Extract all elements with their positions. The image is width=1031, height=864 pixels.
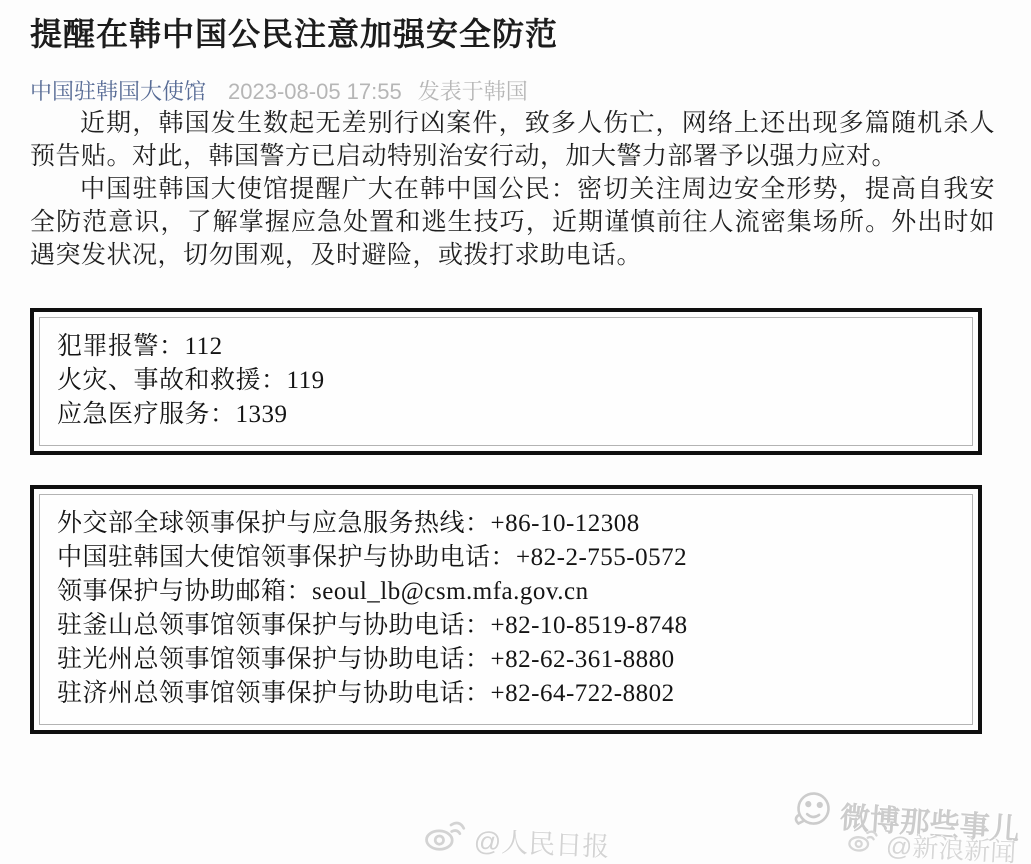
paragraph-advice: 中国驻韩国大使馆提醒广大在韩中国公民：密切关注周边安全形势，提高自我安全防范意识… (30, 173, 995, 272)
consular-number: +82-10-8519-8748 (491, 612, 688, 639)
emergency-line-fire: 火灾、事故和救援：119 (57, 364, 954, 398)
publish-location: 发表于韩国 (418, 79, 528, 104)
emergency-number: 112 (185, 333, 223, 360)
consular-label: 驻釜山总领事馆领事保护与协助电话： (57, 612, 491, 639)
consular-label: 中国驻韩国大使馆领事保护与协助电话： (57, 544, 516, 571)
consular-label: 外交部全球领事保护与应急服务热线： (57, 510, 491, 537)
consular-contacts-box: 外交部全球领事保护与应急服务热线：+86-10-12308 中国驻韩国大使馆领事… (30, 485, 982, 734)
emergency-label: 应急医疗服务： (57, 401, 236, 428)
doge-face-icon (791, 787, 834, 838)
consular-line-embassy-phone: 中国驻韩国大使馆领事保护与协助电话：+82-2-755-0572 (57, 541, 954, 575)
emergency-number: 1339 (236, 401, 288, 428)
consular-line-mfa-hotline: 外交部全球领事保护与应急服务热线：+86-10-12308 (57, 507, 954, 541)
consular-line-gwangju: 驻光州总领事馆领事保护与协助电话：+82-62-361-8880 (57, 643, 954, 677)
page-title: 提醒在韩中国公民注意加强安全防范 (30, 14, 995, 56)
consular-number: +82-64-722-8802 (491, 680, 675, 707)
byline: 中国驻韩国大使馆2023-08-05 17:55发表于韩国 (30, 77, 995, 108)
weibo-icon (421, 814, 467, 861)
weibo-icon (845, 825, 879, 862)
consular-number: +86-10-12308 (491, 510, 640, 537)
emergency-line-crime: 犯罪报警：112 (57, 330, 954, 364)
publish-datetime: 2023-08-05 17:55 (228, 79, 402, 104)
emergency-numbers-box: 犯罪报警：112 火灾、事故和救援：119 应急医疗服务：1339 (30, 308, 982, 455)
emergency-label: 犯罪报警： (57, 333, 185, 360)
consular-number: +82-62-361-8880 (491, 646, 675, 673)
watermark-text: 微博那些事儿 (839, 792, 1022, 848)
emergency-line-medical: 应急医疗服务：1339 (57, 398, 954, 432)
paragraph-incident: 近期，韩国发生数起无差别行凶案件，致多人伤亡，网络上还出现多篇随机杀人预告贴。对… (30, 107, 995, 173)
consular-number: +82-2-755-0572 (516, 544, 687, 571)
emergency-number: 119 (287, 367, 325, 394)
watermark-text: @人民日报 (473, 819, 610, 864)
emergency-numbers-box-inner: 犯罪报警：112 火灾、事故和救援：119 应急医疗服务：1339 (39, 317, 973, 446)
consular-line-jeju: 驻济州总领事馆领事保护与协助电话：+82-64-722-8802 (57, 677, 954, 711)
consular-line-email: 领事保护与协助邮箱：seoul_lb@csm.mfa.gov.cn (57, 575, 954, 609)
consular-label: 领事保护与协助邮箱： (57, 578, 312, 605)
watermark-peoples-daily: @人民日报 (421, 814, 610, 864)
watermark-sina-news: @新浪新闻 (845, 824, 1017, 864)
consular-contacts-box-inner: 外交部全球领事保护与应急服务热线：+86-10-12308 中国驻韩国大使馆领事… (39, 494, 973, 725)
consular-email: seoul_lb@csm.mfa.gov.cn (312, 578, 589, 605)
consular-label: 驻光州总领事馆领事保护与协助电话： (57, 646, 491, 673)
consular-label: 驻济州总领事馆领事保护与协助电话： (57, 680, 491, 707)
emergency-label: 火灾、事故和救援： (57, 367, 287, 394)
watermark-text: @新浪新闻 (885, 826, 1017, 864)
account-name-link[interactable]: 中国驻韩国大使馆 (30, 79, 206, 104)
article: 提醒在韩中国公民注意加强安全防范 中国驻韩国大使馆2023-08-05 17:5… (0, 0, 1031, 734)
consular-line-busan: 驻釜山总领事馆领事保护与协助电话：+82-10-8519-8748 (57, 609, 954, 643)
watermark-weibo-account: 微博那些事儿 (791, 787, 1022, 851)
